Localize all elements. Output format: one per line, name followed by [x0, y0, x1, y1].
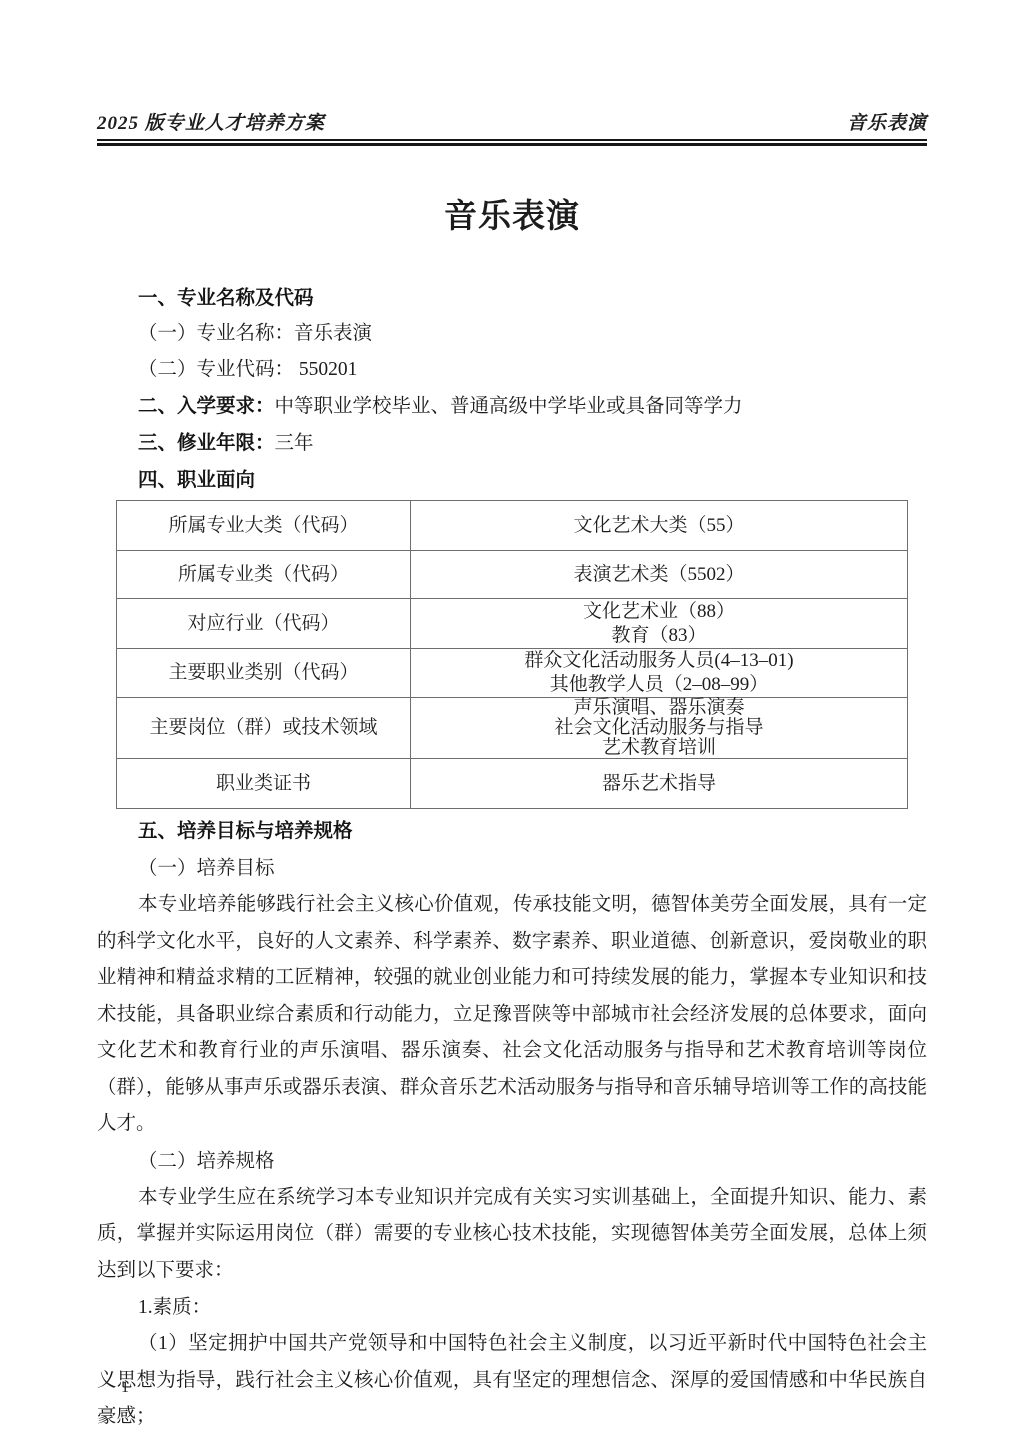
document-page: 2025 版专业人才培养方案 音乐表演 音乐表演 一、专业名称及代码 （一）专业…: [0, 0, 1024, 1448]
quality-item-1: （1）坚定拥护中国共产党领导和中国特色社会主义制度，以习近平新时代中国特色社会主…: [97, 1326, 927, 1436]
row-label: 所属专业大类（代码）: [117, 501, 411, 551]
section-1-item-major-code: （二）专业代码： 550201: [97, 352, 927, 388]
training-goal-paragraph: 本专业培养能够践行社会主义核心价值观，传承技能文明，德智体美劳全面发展，具有一定…: [97, 887, 927, 1143]
training-spec-heading: （二）培养规格: [97, 1143, 927, 1180]
row-value: 器乐艺术指导: [411, 759, 908, 809]
document-title: 音乐表演: [97, 196, 927, 238]
table-row-industry: 对应行业（代码） 文化艺术业（88） 教育（83）: [117, 599, 908, 649]
table-row-major-category: 所属专业大类（代码） 文化艺术大类（55）: [117, 501, 908, 551]
row-value: 文化艺术大类（55）: [411, 501, 908, 551]
row-label: 主要岗位（群）或技术领域: [117, 698, 411, 759]
section-4-heading: 四、职业面向: [97, 462, 927, 498]
document-body: 音乐表演 一、专业名称及代码 （一）专业名称：音乐表演 （二）专业代码： 550…: [97, 0, 927, 1436]
training-goal-heading: （一）培养目标: [97, 850, 927, 887]
row-value: 文化艺术业（88） 教育（83）: [411, 599, 908, 649]
table-row-main-posts: 主要岗位（群）或技术领域 声乐演唱、器乐演奏 社会文化活动服务与指导 艺术教育培…: [117, 698, 908, 759]
section-1-heading: 一、专业名称及代码: [97, 280, 927, 316]
table-row-occupation-category: 主要职业类别（代码） 群众文化活动服务人员(4–13–01) 其他教学人员（2–…: [117, 649, 908, 698]
section-3-text: 三年: [275, 433, 314, 454]
quality-heading: 1.素质：: [97, 1289, 927, 1326]
page-number: 1: [121, 1378, 129, 1398]
table-row-major-class: 所属专业类（代码） 表演艺术类（5502）: [117, 551, 908, 599]
section-list: 一、专业名称及代码 （一）专业名称：音乐表演 （二）专业代码： 550201 二…: [97, 280, 927, 498]
training-spec-paragraph: 本专业学生应在系统学习本专业知识并完成有关实习实训基础上，全面提升知识、能力、素…: [97, 1180, 927, 1290]
section-5: 五、培养目标与培养规格 （一）培养目标 本专业培养能够践行社会主义核心价值观，传…: [97, 813, 927, 1436]
row-value: 群众文化活动服务人员(4–13–01) 其他教学人员（2–08–99）: [411, 649, 908, 698]
row-label: 所属专业类（代码）: [117, 551, 411, 599]
row-value: 声乐演唱、器乐演奏 社会文化活动服务与指导 艺术教育培训: [411, 698, 908, 759]
row-label: 主要职业类别（代码）: [117, 649, 411, 698]
section-2-heading: 二、入学要求：: [138, 395, 275, 417]
section-3-study-duration: 三、修业年限：三年: [97, 425, 927, 462]
row-value: 表演艺术类（5502）: [411, 551, 908, 599]
section-2-entry-requirements: 二、入学要求：中等职业学校毕业、普通高级中学毕业或具备同等学力: [97, 388, 927, 425]
section-5-heading: 五、培养目标与培养规格: [97, 813, 927, 850]
section-2-text: 中等职业学校毕业、普通高级中学毕业或具备同等学力: [275, 396, 743, 417]
career-orientation-table: 所属专业大类（代码） 文化艺术大类（55） 所属专业类（代码） 表演艺术类（55…: [116, 500, 908, 809]
section-3-heading: 三、修业年限：: [138, 432, 275, 454]
row-label: 对应行业（代码）: [117, 599, 411, 649]
section-1-item-major-name: （一）专业名称：音乐表演: [97, 316, 927, 352]
table-row-certificates: 职业类证书 器乐艺术指导: [117, 759, 908, 809]
row-label: 职业类证书: [117, 759, 411, 809]
